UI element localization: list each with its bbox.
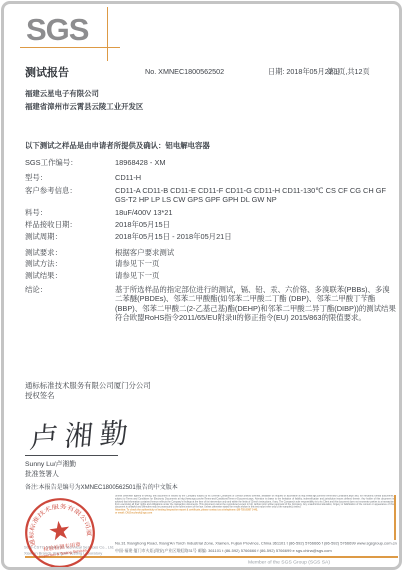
field-label: 客户参考信息： bbox=[25, 186, 115, 205]
field-row: 型号： CD11-H bbox=[25, 173, 396, 183]
logo-crop-mark-horizontal bbox=[20, 47, 120, 48]
signer-name: Sunny Lu/卢湘勤 bbox=[25, 458, 76, 468]
report-title: 测试报告 bbox=[25, 64, 69, 80]
field-label: 测试周期： bbox=[25, 232, 115, 242]
disclaimer-text: Unless otherwise agreed in writing, this… bbox=[115, 495, 394, 508]
sgs-logo-text: SGS bbox=[26, 12, 88, 47]
field-row: 测试要求： 根据客户要求测试 bbox=[25, 248, 396, 258]
disclaimer-block: Unless otherwise agreed in writing, this… bbox=[115, 495, 394, 541]
field-row: 样品接收日期： 2018年05月15日 bbox=[25, 220, 396, 230]
field-row-conclusion: 结论： 基于所选样品的指定部位进行的测试，镉、铅、汞、六价铬、多溴联苯(PBBs… bbox=[25, 285, 396, 323]
company-seal-stamp: 通标标准技术服务有限公司厦门分公司 ★ 检验检测专用章 Inspection &… bbox=[18, 491, 102, 571]
field-row: 料号： 18uF/400V 13*21 bbox=[25, 208, 396, 218]
applicant-name: 福建云星电子有限公司 bbox=[25, 87, 143, 100]
authorized-signature-label: 授权签名 bbox=[25, 391, 151, 401]
field-value: 请参见下一页 bbox=[115, 259, 396, 269]
footer-address-en: No.31 Xianghong Road, Xiang'An Torch Ind… bbox=[115, 541, 397, 546]
logo-crop-mark-vertical bbox=[107, 7, 108, 61]
sgs-member-line: Member of the SGS Group (SGS SA) bbox=[248, 559, 330, 565]
field-value: 2018年05月15日 bbox=[115, 220, 396, 230]
field-label: SGS工作编号： bbox=[25, 158, 115, 168]
conclusion-text: 基于所选样品的指定部位进行的测试，镉、铅、汞、六价铬、多溴联苯(PBBs)、多溴… bbox=[115, 285, 396, 323]
field-label: 测试结果： bbox=[25, 271, 115, 281]
report-number: No. XMNEC1800562502 bbox=[145, 67, 224, 76]
field-value: 请参见下一页 bbox=[115, 271, 396, 281]
signature-underline bbox=[25, 455, 118, 456]
handwritten-signature: 卢湘勤 bbox=[28, 411, 136, 457]
field-row: 测试结果： 请参见下一页 bbox=[25, 271, 396, 281]
footer-vertical-rule bbox=[394, 495, 396, 540]
applicant-address: 福建省漳州市云霄县云陵工业开发区 bbox=[25, 100, 143, 113]
field-row: 测试方法： 请参见下一页 bbox=[25, 259, 396, 269]
field-label: 样品接收日期： bbox=[25, 220, 115, 230]
field-label: 测试方法： bbox=[25, 259, 115, 269]
field-row: 客户参考信息： CD11-A CD11-B CD11-E CD11-F CD11… bbox=[25, 186, 396, 205]
lab-signature-block: 通标标准技术服务有限公司厦门分公司 授权签名 bbox=[25, 381, 151, 401]
report-note: 备注:本报告是编号为XMNEC1800562501报告的中文版本 bbox=[25, 482, 178, 491]
field-label: 结论： bbox=[25, 285, 115, 323]
field-row: 测试周期： 2018年05月15日 - 2018年05月21日 bbox=[25, 232, 396, 242]
field-value: CD11-A CD11-B CD11-E CD11-F CD11-G CD11-… bbox=[115, 186, 396, 205]
attention-line-2: or email: CN.Doccheck@sgs.com bbox=[115, 512, 394, 515]
sample-statement: 以下测试之样品是由申请者所提供及确认：铝电解电容器 bbox=[25, 140, 210, 151]
sgs-logo: SGS bbox=[26, 12, 102, 50]
signer-role: 批准签署人 bbox=[25, 468, 59, 478]
footer-address-cn: 中国·福建·厦门市火炬(翔安)产业区翔虹路31号 邮编: 361101 t (8… bbox=[115, 548, 332, 554]
field-value: 18uF/400V 13*21 bbox=[115, 208, 396, 218]
report-fields-table: SGS工作编号： 18968428 - XM 型号： CD11-H 客户参考信息… bbox=[25, 158, 396, 323]
lab-company-name: 通标标准技术服务有限公司厦门分公司 bbox=[25, 381, 151, 391]
field-label: 测试要求： bbox=[25, 248, 115, 258]
page-indicator: 第1页,共12页 bbox=[327, 67, 370, 77]
field-label: 型号： bbox=[25, 173, 115, 183]
stamp-star-icon: ★ bbox=[46, 516, 73, 547]
field-value: 18968428 - XM bbox=[115, 158, 396, 168]
field-row: SGS工作编号： 18968428 - XM bbox=[25, 158, 396, 168]
field-value: CD11-H bbox=[115, 173, 396, 183]
field-label: 料号： bbox=[25, 208, 115, 218]
field-value: 根据客户要求测试 bbox=[115, 248, 396, 258]
field-value: 2018年05月15日 - 2018年05月21日 bbox=[115, 232, 396, 242]
applicant-block: 福建云星电子有限公司 福建省漳州市云霄县云陵工业开发区 bbox=[25, 87, 143, 113]
